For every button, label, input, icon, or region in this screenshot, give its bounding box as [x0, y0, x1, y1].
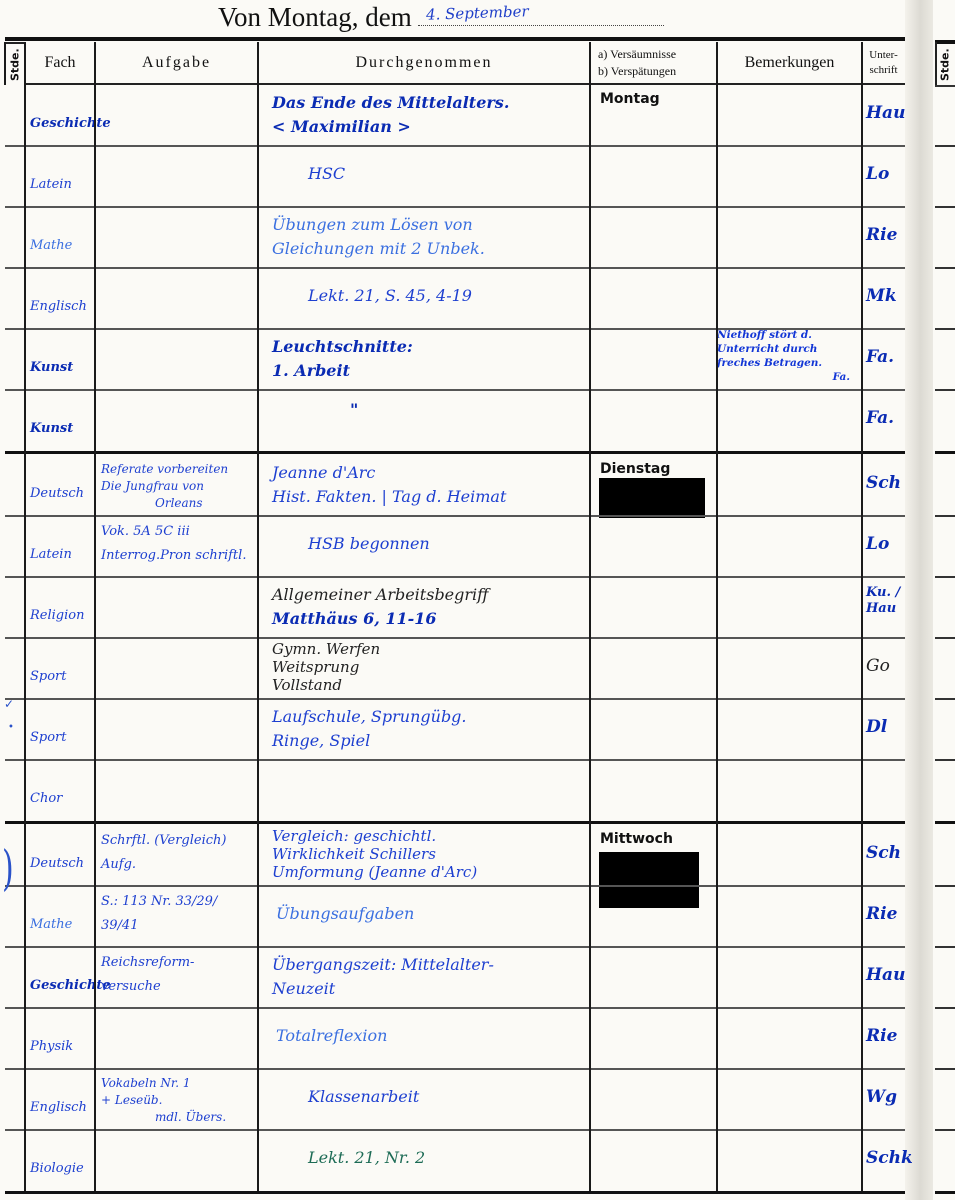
fach-text: Englisch: [30, 1098, 87, 1118]
aufgabe-line: Vok. 5A 5C iii: [101, 522, 190, 542]
unterschrift-cell[interactable]: Hau: [862, 85, 905, 146]
durchgenommen-line: Laufschule, Sprungübg.: [272, 707, 467, 727]
fach-cell[interactable]: Chor: [25, 760, 95, 821]
aufgabe-cell[interactable]: Referate vorbereitenDie Jungfrau vonOrle…: [95, 455, 258, 516]
header-fach: Fach: [25, 42, 95, 85]
durchgenommen-line: Das Ende des Mittelalters.: [272, 93, 509, 113]
fach-text: Biologie: [30, 1159, 84, 1179]
durchgenommen-cell[interactable]: Übungen zum Lösen vonGleichungen mit 2 U…: [258, 207, 590, 268]
signature: Hau: [866, 965, 905, 985]
fach-cell[interactable]: Latein: [25, 516, 95, 577]
signature: Mk: [866, 286, 897, 306]
aufgabe-line: Reichsreform-: [101, 953, 194, 973]
lesson-row: PhysikTotalreflexionRie: [5, 1008, 905, 1069]
next-page-row-divider: [935, 1129, 955, 1131]
header-bemerkungen: Bemerkungen: [717, 42, 862, 85]
durchgenommen-line: < Maximilian >: [272, 117, 411, 137]
day-separator: [5, 451, 905, 454]
next-page-row-divider: [935, 145, 955, 147]
next-page-header-divider: [935, 85, 955, 87]
next-page-row-divider: [935, 389, 955, 391]
margin-mark: ✓: [4, 697, 14, 711]
unterschrift-cell[interactable]: Ku. / Hau: [862, 577, 905, 638]
durchgenommen-cell[interactable]: Lekt. 21, Nr. 2: [258, 1130, 590, 1191]
durchgenommen-line: Vergleich: geschichtl.: [272, 826, 436, 846]
header-unterschrift: Unter- schrift: [862, 42, 905, 85]
next-page-stde-header: Stde.: [936, 46, 954, 84]
fach-cell[interactable]: Biologie: [25, 1130, 95, 1191]
fach-cell[interactable]: Latein: [25, 146, 95, 207]
lesson-row: KunstLeuchtschnitte:1. ArbeitFa.: [5, 329, 905, 390]
column-divider: [4, 42, 6, 85]
header-versaeumnisse-b: b) Verspätungen: [598, 63, 676, 80]
day-block-mittwoch: MittwochDeutschSchrftl. (Vergleich)Aufg.…: [5, 825, 905, 1191]
durchgenommen-cell[interactable]: Übergangszeit: Mittelalter-Neuzeit: [258, 947, 590, 1008]
next-page-row-divider: [935, 637, 955, 639]
margin-dot: •: [8, 722, 14, 733]
aufgabe-cell[interactable]: [95, 390, 258, 451]
fach-cell[interactable]: Sport: [25, 699, 95, 760]
title-prefix: Von Montag, dem: [218, 2, 412, 33]
aufgabe-cell[interactable]: Reichsreform-versuche: [95, 947, 258, 1008]
fach-text: Sport: [30, 667, 67, 687]
lesson-row: Kunst"Fa.: [5, 390, 905, 451]
signature: Rie: [866, 904, 897, 924]
signature: Fa.: [866, 347, 894, 367]
day-block-dienstag: DienstagDeutschReferate vorbereitenDie J…: [5, 455, 905, 821]
durchgenommen-line: Gleichungen mit 2 Unbek.: [272, 239, 485, 259]
durchgenommen-cell[interactable]: Vergleich: geschichtl.Wirklichkeit Schil…: [258, 825, 590, 886]
aufgabe-cell[interactable]: [95, 638, 258, 699]
page-fold-shadow: [905, 0, 933, 1200]
signature: Schk: [866, 1148, 913, 1168]
unterschrift-cell[interactable]: Go: [862, 638, 905, 699]
durchgenommen-line: Umformung (Jeanne d'Arc): [272, 862, 477, 882]
durchgenommen-line: Matthäus 6, 11-16: [272, 609, 437, 629]
fach-cell[interactable]: Deutsch: [25, 825, 95, 886]
aufgabe-line: Aufg.: [101, 855, 136, 875]
durchgenommen-line: Lekt. 21, S. 45, 4-19: [308, 286, 472, 306]
aufgabe-cell[interactable]: S.: 113 Nr. 33/29/39/41: [95, 886, 258, 947]
next-page-row-divider: [935, 576, 955, 578]
fach-text: Deutsch: [30, 854, 84, 874]
fach-cell[interactable]: Mathe: [25, 886, 95, 947]
durchgenommen-cell[interactable]: Gymn. WerfenWeitsprungVollstand: [258, 638, 590, 699]
lesson-row: GeschichteReichsreform-versucheÜbergangs…: [5, 947, 905, 1008]
durchgenommen-line: ": [350, 400, 358, 420]
header-versaeumnisse: a) Versäumnisse b) Verspätungen: [590, 42, 717, 85]
durchgenommen-cell[interactable]: [258, 760, 590, 821]
next-page-day-divider: [935, 821, 955, 824]
durchgenommen-line: Wirklichkeit Schillers: [272, 844, 436, 864]
durchgenommen-line: Jeanne d'Arc: [272, 463, 375, 483]
lesson-row: GeschichteDas Ende des Mittelalters.< Ma…: [5, 85, 905, 146]
fach-text: Latein: [30, 545, 72, 565]
page-title: Von Montag, dem 4. September: [218, 2, 664, 36]
aufgabe-cell[interactable]: Vok. 5A 5C iiiInterrog.Pron schriftl.: [95, 516, 258, 577]
fach-text: Kunst: [30, 358, 73, 378]
signature: Rie: [866, 225, 897, 245]
signature: Go: [866, 656, 890, 676]
unterschrift-cell[interactable]: Lo: [862, 146, 905, 207]
fach-cell[interactable]: Englisch: [25, 268, 95, 329]
unterschrift-cell[interactable]: Fa.: [862, 329, 905, 390]
durchgenommen-cell[interactable]: Jeanne d'ArcHist. Fakten. | Tag d. Heima…: [258, 455, 590, 516]
fach-cell[interactable]: Physik: [25, 1008, 95, 1069]
unterschrift-cell[interactable]: Wg: [862, 1069, 905, 1130]
title-date-field: 4. September: [418, 5, 664, 26]
aufgabe-line: Schrftl. (Vergleich): [101, 831, 226, 851]
fach-text: Sport: [30, 728, 67, 748]
day-separator: [5, 1191, 905, 1194]
signature: Wg: [866, 1087, 897, 1107]
next-page-row-divider: [935, 328, 955, 330]
aufgabe-cell[interactable]: [95, 268, 258, 329]
column-divider: [589, 42, 591, 1191]
aufgabe-line: versuche: [101, 977, 161, 997]
durchgenommen-line: 1. Arbeit: [272, 361, 350, 381]
aufgabe-line: Interrog.Pron schriftl.: [101, 546, 246, 566]
lesson-row: BiologieLekt. 21, Nr. 2Schk: [5, 1130, 905, 1191]
aufgabe-line: mdl. Übers.: [155, 1107, 226, 1127]
fach-cell[interactable]: Englisch: [25, 1069, 95, 1130]
aufgabe-line: S.: 113 Nr. 33/29/: [101, 892, 217, 912]
aufgabe-cell[interactable]: [95, 207, 258, 268]
aufgabe-cell[interactable]: [95, 85, 258, 146]
aufgabe-cell[interactable]: [95, 577, 258, 638]
durchgenommen-line: Neuzeit: [272, 979, 335, 999]
durchgenommen-line: HSB begonnen: [308, 534, 430, 554]
signature: Rie: [866, 1026, 897, 1046]
signature: Lo: [866, 164, 889, 184]
unterschrift-cell[interactable]: Sch: [862, 455, 905, 516]
aufgabe-line: Orleans: [155, 493, 203, 513]
fach-cell[interactable]: Sport: [25, 638, 95, 699]
durchgenommen-cell[interactable]: HSB begonnen: [258, 516, 590, 577]
aufgabe-cell[interactable]: Vokabeln Nr. 1+ Leseüb.mdl. Übers.: [95, 1069, 258, 1130]
fach-text: Kunst: [30, 419, 73, 439]
lesson-row: EnglischLekt. 21, S. 45, 4-19Mk: [5, 268, 905, 329]
lesson-row: MatheS.: 113 Nr. 33/29/39/41Übungsaufgab…: [5, 886, 905, 947]
durchgenommen-line: Ringe, Spiel: [272, 731, 370, 751]
lesson-row: ReligionAllgemeiner ArbeitsbegriffMatthä…: [5, 577, 905, 638]
aufgabe-cell[interactable]: [95, 760, 258, 821]
unterschrift-cell[interactable]: Schk: [862, 1130, 905, 1191]
aufgabe-line: 39/41: [101, 916, 138, 936]
fach-text: Physik: [30, 1037, 73, 1057]
fach-cell[interactable]: Kunst: [25, 329, 95, 390]
durchgenommen-line: Vollstand: [272, 675, 342, 695]
day-separator: [5, 821, 905, 824]
next-page-row-divider: [935, 1068, 955, 1070]
lesson-row: SportGymn. WerfenWeitsprungVollstandGo: [5, 638, 905, 699]
next-page-row-divider: [935, 1007, 955, 1009]
header-unterschrift-1: Unter-: [869, 48, 898, 63]
next-page-row-divider: [935, 759, 955, 761]
unterschrift-cell[interactable]: Sch: [862, 825, 905, 886]
durchgenommen-line: Lekt. 21, Nr. 2: [308, 1148, 425, 1168]
next-page-row-divider: [935, 946, 955, 948]
next-page-row-divider: [935, 515, 955, 517]
day-block-montag: MontagNiethoff stört d.Unterricht durchf…: [5, 85, 905, 451]
next-page-day-divider: [935, 1191, 955, 1194]
fach-cell[interactable]: Kunst: [25, 390, 95, 451]
next-page-column-divider: [935, 42, 937, 87]
signature: Fa.: [866, 408, 894, 428]
lesson-row: DeutschSchrftl. (Vergleich)Aufg.Vergleic…: [5, 825, 905, 886]
durchgenommen-line: Totalreflexion: [276, 1026, 387, 1046]
durchgenommen-line: HSC: [308, 164, 345, 184]
header-aufgabe: Aufgabe: [95, 42, 258, 85]
lesson-row: Chor: [5, 760, 905, 821]
lesson-row: LateinHSCLo: [5, 146, 905, 207]
durchgenommen-line: Weitsprung: [272, 657, 359, 677]
next-page-day-divider: [935, 451, 955, 454]
aufgabe-line: + Leseüb.: [101, 1090, 162, 1110]
fach-cell[interactable]: Geschichte: [25, 85, 95, 146]
durchgenommen-line: Klassenarbeit: [308, 1087, 419, 1107]
unterschrift-cell[interactable]: Rie: [862, 886, 905, 947]
column-divider: [24, 42, 26, 1191]
durchgenommen-line: Übergangszeit: Mittelalter-: [272, 955, 494, 975]
durchgenommen-cell[interactable]: Das Ende des Mittelalters.< Maximilian >: [258, 85, 590, 146]
fach-cell[interactable]: Geschichte: [25, 947, 95, 1008]
fach-text: Deutsch: [30, 484, 84, 504]
header-versaeumnisse-a: a) Versäumnisse: [598, 46, 676, 63]
durchgenommen-cell[interactable]: Allgemeiner ArbeitsbegriffMatthäus 6, 11…: [258, 577, 590, 638]
fach-text: Mathe: [30, 915, 72, 935]
durchgenommen-line: Gymn. Werfen: [272, 639, 380, 659]
signature: Dl: [866, 717, 887, 737]
aufgabe-cell[interactable]: [95, 1008, 258, 1069]
durchgenommen-cell[interactable]: Leuchtschnitte:1. Arbeit: [258, 329, 590, 390]
lesson-row: EnglischVokabeln Nr. 1+ Leseüb.mdl. Über…: [5, 1069, 905, 1130]
aufgabe-cell[interactable]: [95, 329, 258, 390]
durchgenommen-line: Leuchtschnitte:: [272, 337, 413, 357]
next-page-top-rule: [935, 40, 955, 44]
column-divider: [94, 42, 96, 1191]
signature: Lo: [866, 534, 889, 554]
durchgenommen-cell[interactable]: ": [258, 390, 590, 451]
column-divider: [257, 42, 259, 1191]
fach-cell[interactable]: Deutsch: [25, 455, 95, 516]
header-durchgenommen: Durchgenommen: [258, 42, 590, 85]
column-divider: [716, 42, 718, 1191]
lesson-row: DeutschReferate vorbereitenDie Jungfrau …: [5, 455, 905, 516]
signature: Sch: [866, 473, 901, 493]
aufgabe-cell[interactable]: [95, 146, 258, 207]
durchgenommen-cell[interactable]: Laufschule, Sprungübg.Ringe, Spiel: [258, 699, 590, 760]
unterschrift-cell[interactable]: Fa.: [862, 390, 905, 451]
durchgenommen-cell[interactable]: Übungsaufgaben: [258, 886, 590, 947]
fach-text: Englisch: [30, 297, 87, 317]
durchgenommen-line: Hist. Fakten. | Tag d. Heimat: [272, 487, 506, 507]
margin-bracket: ): [2, 842, 14, 898]
next-page-row-divider: [935, 698, 955, 700]
durchgenommen-cell[interactable]: Totalreflexion: [258, 1008, 590, 1069]
lesson-row: LateinVok. 5A 5C iiiInterrog.Pron schrif…: [5, 516, 905, 577]
lesson-row: MatheÜbungen zum Lösen vonGleichungen mi…: [5, 207, 905, 268]
durchgenommen-line: Übungen zum Lösen von: [272, 215, 473, 235]
fach-text: Religion: [30, 606, 84, 626]
fach-text: Chor: [30, 789, 62, 809]
aufgabe-cell[interactable]: [95, 1130, 258, 1191]
aufgabe-cell[interactable]: Schrftl. (Vergleich)Aufg.: [95, 825, 258, 886]
durchgenommen-cell[interactable]: HSC: [258, 146, 590, 207]
durchgenommen-cell[interactable]: Lekt. 21, S. 45, 4-19: [258, 268, 590, 329]
aufgabe-cell[interactable]: [95, 699, 258, 760]
unterschrift-cell[interactable]: Rie: [862, 207, 905, 268]
column-divider: [861, 42, 863, 1191]
durchgenommen-cell[interactable]: Klassenarbeit: [258, 1069, 590, 1130]
durchgenommen-line: Allgemeiner Arbeitsbegriff: [272, 585, 489, 605]
signature: Sch: [866, 843, 901, 863]
next-page-row-divider: [935, 885, 955, 887]
unterschrift-cell[interactable]: Rie: [862, 1008, 905, 1069]
unterschrift-cell[interactable]: Dl: [862, 699, 905, 760]
unterschrift-cell[interactable]: Mk: [862, 268, 905, 329]
next-page-row-divider: [935, 267, 955, 269]
top-rule: [5, 37, 905, 41]
unterschrift-cell[interactable]: [862, 760, 905, 821]
next-page-row-divider: [935, 206, 955, 208]
signature: Ku. / Hau: [866, 585, 902, 617]
unterschrift-cell[interactable]: Lo: [862, 516, 905, 577]
unterschrift-cell[interactable]: Hau: [862, 947, 905, 1008]
fach-text: Latein: [30, 175, 72, 195]
title-date: 4. September: [425, 2, 528, 24]
header-unterschrift-2: schrift: [869, 63, 897, 78]
fach-cell[interactable]: Mathe: [25, 207, 95, 268]
signature: Hau: [866, 103, 905, 123]
lesson-row: SportLaufschule, Sprungübg.Ringe, SpielD…: [5, 699, 905, 760]
durchgenommen-line: Übungsaufgaben: [276, 904, 414, 924]
header-stde: Stde.: [5, 42, 25, 85]
fach-text: Mathe: [30, 236, 72, 256]
fach-cell[interactable]: Religion: [25, 577, 95, 638]
